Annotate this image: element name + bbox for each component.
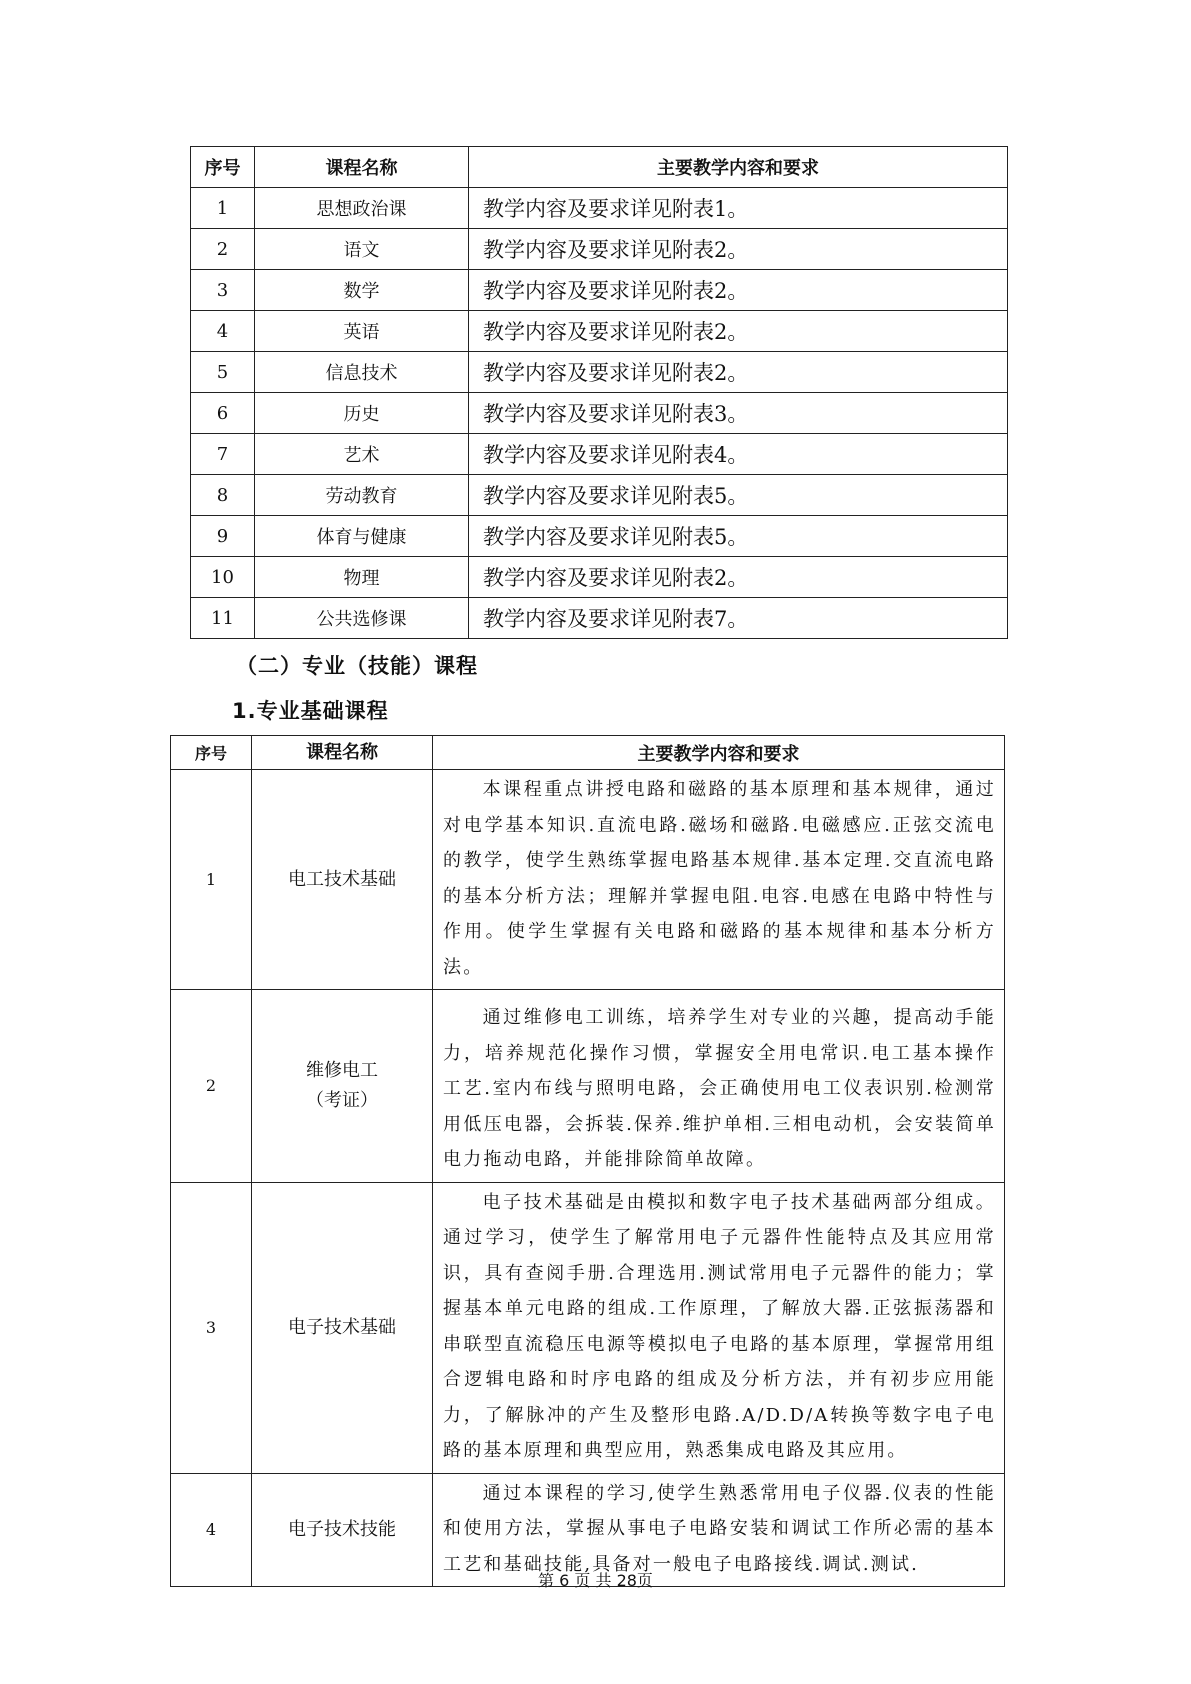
table-header-row: 序号 课程名称 主要教学内容和要求 [191, 147, 1008, 188]
course-content: 教学内容及要求详见附表2。 [469, 270, 1008, 311]
serial-no: 2 [191, 229, 255, 270]
serial-no: 1 [191, 188, 255, 229]
serial-no: 3 [171, 1182, 252, 1473]
serial-no: 1 [171, 770, 252, 990]
table-row: 1思想政治课教学内容及要求详见附表1。 [191, 188, 1008, 229]
course-name-line2: （考证） [252, 1086, 432, 1116]
serial-no: 5 [191, 352, 255, 393]
serial-no: 3 [191, 270, 255, 311]
header-course-name: 课程名称 [252, 736, 433, 770]
course-name: 思想政治课 [255, 188, 469, 229]
course-content: 教学内容及要求详见附表2。 [469, 352, 1008, 393]
header-course-name: 课程名称 [255, 147, 469, 188]
serial-no: 9 [191, 516, 255, 557]
course-content: 本课程重点讲授电路和磁路的基本原理和基本规律，通过对电学基本知识.直流电路.磁场… [433, 770, 1005, 990]
course-content: 教学内容及要求详见附表4。 [469, 434, 1008, 475]
table-row: 5信息技术教学内容及要求详见附表2。 [191, 352, 1008, 393]
serial-no: 8 [191, 475, 255, 516]
page-footer: 第 6 页 共 28页 [0, 1568, 1191, 1591]
course-content-text: 电子技术基础是由模拟和数字电子技术基础两部分组成。通过学习，使学生了解常用电子元… [443, 1185, 996, 1469]
serial-no: 11 [191, 598, 255, 639]
course-content: 教学内容及要求详见附表7。 [469, 598, 1008, 639]
serial-no: 10 [191, 557, 255, 598]
table-row: 1 电工技术基础 本课程重点讲授电路和磁路的基本原理和基本规律，通过对电学基本知… [171, 770, 1005, 990]
subsection-heading: 1.专业基础课程 [232, 695, 389, 725]
public-courses-table: 序号 课程名称 主要教学内容和要求 1思想政治课教学内容及要求详见附表1。 2语… [190, 146, 1008, 639]
table-row: 6历史教学内容及要求详见附表3。 [191, 393, 1008, 434]
section-heading: （二）专业（技能）课程 [236, 650, 478, 680]
course-name: 物理 [255, 557, 469, 598]
course-name: 维修电工 （考证） [252, 990, 433, 1183]
course-content-text: 通过本课程的学习,使学生熟悉常用电子仪器.仪表的性能和使用方法，掌握从事电子电路… [443, 1476, 996, 1583]
table-row: 9体育与健康教学内容及要求详见附表5。 [191, 516, 1008, 557]
serial-no: 6 [191, 393, 255, 434]
course-name-line1: 电子技术基础 [252, 1313, 432, 1343]
table-row: 8劳动教育教学内容及要求详见附表5。 [191, 475, 1008, 516]
serial-no: 7 [191, 434, 255, 475]
table-row: 3 电子技术基础 电子技术基础是由模拟和数字电子技术基础两部分组成。通过学习，使… [171, 1182, 1005, 1473]
course-content: 教学内容及要求详见附表2。 [469, 557, 1008, 598]
table-row: 2语文教学内容及要求详见附表2。 [191, 229, 1008, 270]
course-content: 通过维修电工训练，培养学生对专业的兴趣，提高动手能力，培养规范化操作习惯，掌握安… [433, 990, 1005, 1183]
course-name: 电子技术基础 [252, 1182, 433, 1473]
course-name: 艺术 [255, 434, 469, 475]
course-content: 教学内容及要求详见附表1。 [469, 188, 1008, 229]
course-name: 英语 [255, 311, 469, 352]
header-serial-no: 序号 [191, 147, 255, 188]
header-content: 主要教学内容和要求 [469, 147, 1008, 188]
table-row: 10物理教学内容及要求详见附表2。 [191, 557, 1008, 598]
table-row: 2 维修电工 （考证） 通过维修电工训练，培养学生对专业的兴趣，提高动手能力，培… [171, 990, 1005, 1183]
course-name: 信息技术 [255, 352, 469, 393]
course-name: 公共选修课 [255, 598, 469, 639]
course-name: 电工技术基础 [252, 770, 433, 990]
course-name: 数学 [255, 270, 469, 311]
course-content-text: 本课程重点讲授电路和磁路的基本原理和基本规律，通过对电学基本知识.直流电路.磁场… [443, 772, 996, 985]
course-name-line1: 电子技术技能 [252, 1515, 432, 1545]
table-row: 11公共选修课教学内容及要求详见附表7。 [191, 598, 1008, 639]
course-name: 劳动教育 [255, 475, 469, 516]
professional-foundation-courses-table: 序号 课程名称 主要教学内容和要求 1 电工技术基础 本课程重点讲授电路和磁路的… [170, 735, 1005, 1587]
course-content: 电子技术基础是由模拟和数字电子技术基础两部分组成。通过学习，使学生了解常用电子元… [433, 1182, 1005, 1473]
course-name: 历史 [255, 393, 469, 434]
table-row: 4英语教学内容及要求详见附表2。 [191, 311, 1008, 352]
course-name: 体育与健康 [255, 516, 469, 557]
table-row: 7艺术教学内容及要求详见附表4。 [191, 434, 1008, 475]
course-content-text: 通过维修电工训练，培养学生对专业的兴趣，提高动手能力，培养规范化操作习惯，掌握安… [443, 1000, 996, 1178]
serial-no: 4 [191, 311, 255, 352]
course-content: 教学内容及要求详见附表5。 [469, 475, 1008, 516]
serial-no: 2 [171, 990, 252, 1183]
course-content: 教学内容及要求详见附表5。 [469, 516, 1008, 557]
course-content: 教学内容及要求详见附表2。 [469, 229, 1008, 270]
course-name-line1: 维修电工 [252, 1056, 432, 1086]
course-content: 教学内容及要求详见附表3。 [469, 393, 1008, 434]
header-serial-no: 序号 [171, 736, 252, 770]
table-header-row: 序号 课程名称 主要教学内容和要求 [171, 736, 1005, 770]
course-content: 教学内容及要求详见附表2。 [469, 311, 1008, 352]
course-name: 语文 [255, 229, 469, 270]
table-row: 3数学教学内容及要求详见附表2。 [191, 270, 1008, 311]
course-name-line1: 电工技术基础 [252, 865, 432, 895]
header-content: 主要教学内容和要求 [433, 736, 1005, 770]
